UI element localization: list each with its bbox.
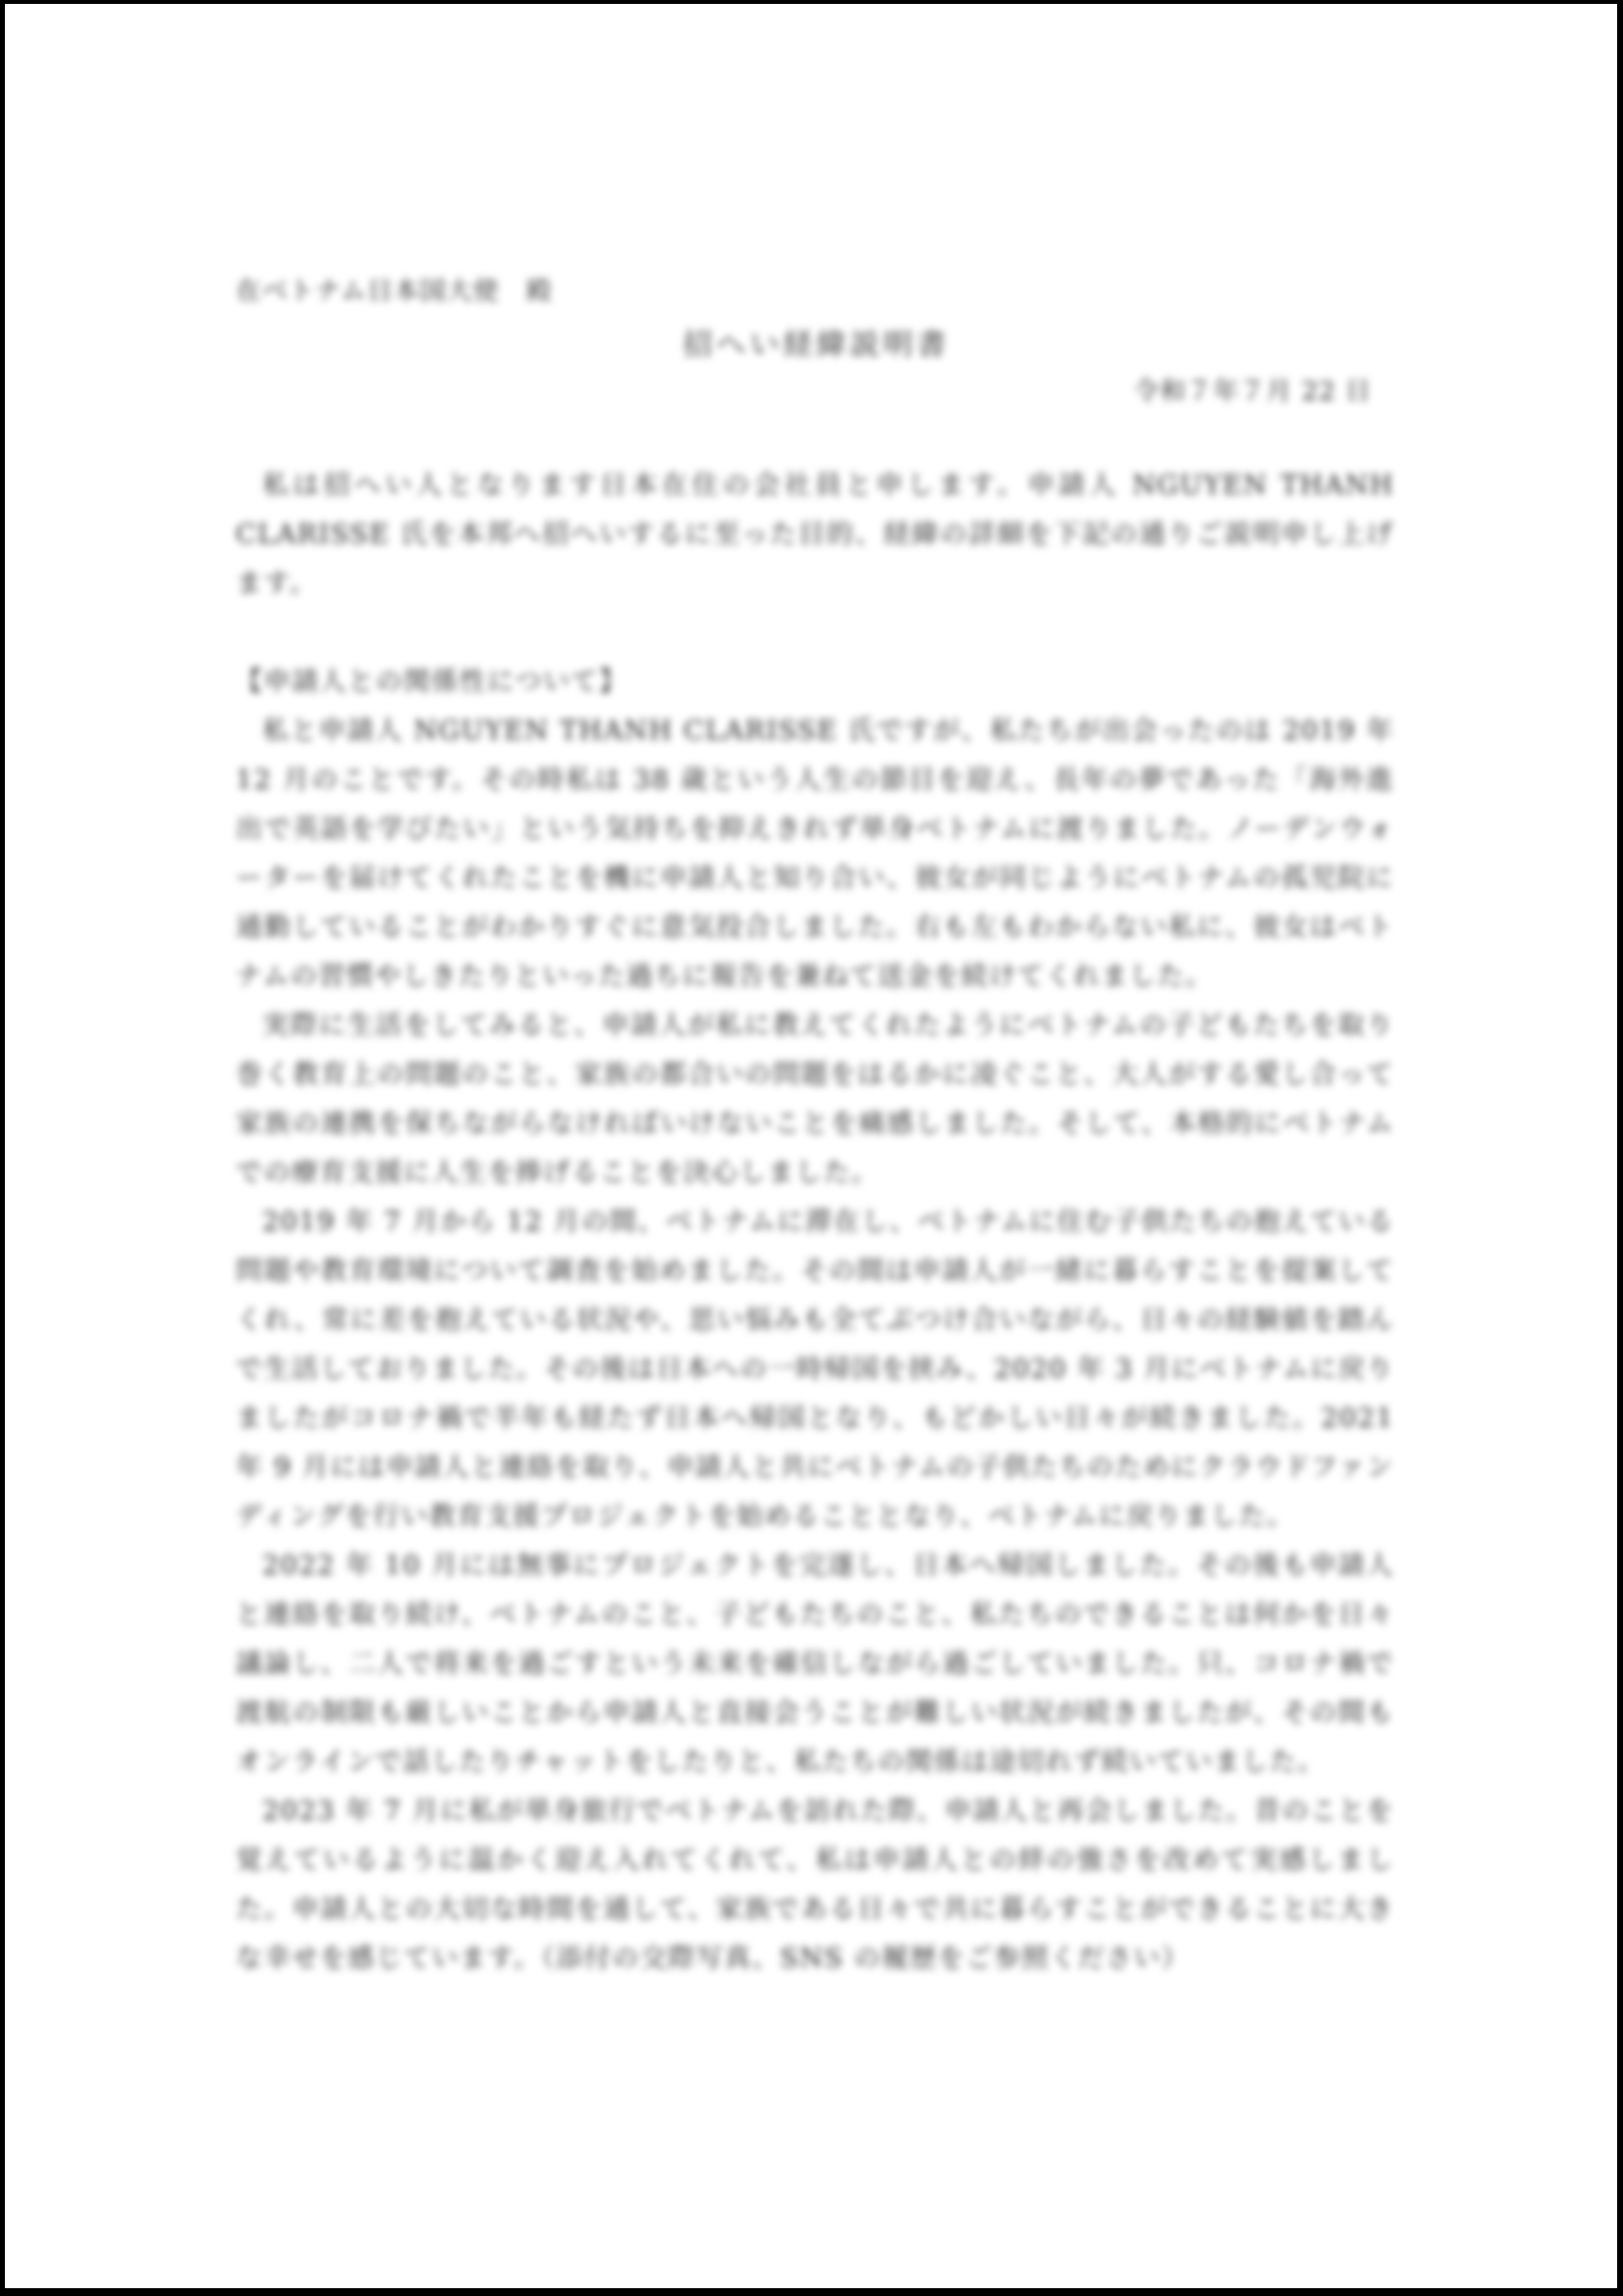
blank-line (236, 609, 1394, 658)
document-title: 招へい経緯説明書 (5, 320, 1623, 363)
body-paragraph: 2019 年 7 月から 12 月の間、ベトナムに滞在し、ベトナムに住む子供たち… (236, 1198, 1394, 1542)
body-paragraph: 実際に生活をしてみると、申請人が私に教えてくれたようにベトナムの子どもたちを取り… (236, 1002, 1394, 1198)
document-date: 令和７年７月 22 日 (1133, 371, 1372, 408)
document-page: 在ベトナム日本国大使 殿 招へい経緯説明書 令和７年７月 22 日 私は招へい人… (0, 0, 1623, 2296)
section-heading: 【申請人との関係性について】 (236, 658, 1394, 707)
body-paragraph: 2023 年 7 月に私が単身旅行でベトナムを訪れた際、申請人と再会しました。昔… (236, 1787, 1394, 1984)
intro-paragraph: 私は招へい人となります日本在住の会社員と申します。申請人 NGUYEN THAN… (236, 462, 1394, 609)
letter-body: 私は招へい人となります日本在住の会社員と申します。申請人 NGUYEN THAN… (236, 462, 1394, 1984)
addressee-line: 在ベトナム日本国大使 殿 (236, 271, 553, 307)
body-paragraph: 2022 年 10 月には無事にプロジェクトを完遂し、日本へ帰国しました。その後… (236, 1542, 1394, 1787)
blurred-letter-content: 在ベトナム日本国大使 殿 招へい経緯説明書 令和７年７月 22 日 私は招へい人… (5, 4, 1617, 2288)
body-paragraph: 私と申請人 NGUYEN THANH CLARISSE 氏ですが、私たちが出会っ… (236, 707, 1394, 1002)
